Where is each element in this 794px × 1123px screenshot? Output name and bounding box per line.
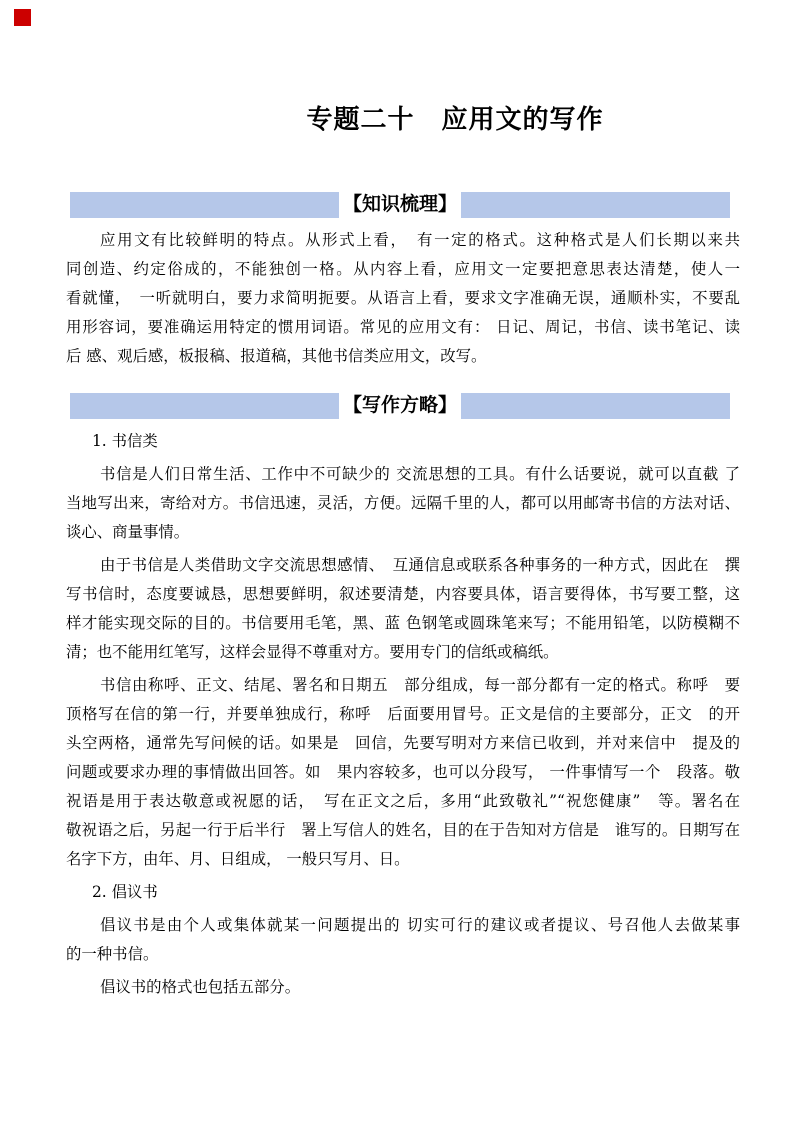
strategy-paragraphs: 1. 书信类书信是人们日常生活、工作中不可缺少的 交流思想的工具。有什么话要说，…	[66, 423, 740, 1002]
section-header-strategy: 【写作方略】	[339, 393, 461, 419]
text-line: 后 感、观后感，板报稿、报道稿，其他书信类应用文，改写。	[66, 342, 740, 371]
text-line: 书信是人们日常生活、工作中不可缺少的 交流思想的工具。有什么话要说，就可以直截 …	[66, 460, 740, 489]
text-line: 书信由称呼、正文、结尾、署名和日期五 部分组成，每一部分都有一定的格式。称呼 要	[66, 671, 740, 700]
document-title: 专题二十 应用文的写作	[0, 99, 794, 136]
text-line: 的一种书信。	[66, 940, 740, 969]
text-line: 样才能实现交际的目的。书信要用毛笔，黑、蓝 色钢笔或圆珠笔来写；不能用铅笔，以防…	[66, 609, 740, 638]
knowledge-paragraphs: 应用文有比较鲜明的特点。从形式上看， 有一定的格式。这种格式是人们长期以来共同创…	[66, 222, 740, 371]
text-line: 1. 书信类	[66, 427, 740, 456]
text-line: 用形容词，要准确运用特定的惯用词语。常见的应用文有： 日记、周记，书信、读书笔记…	[66, 313, 740, 342]
text-line: 当地写出来，寄给对方。书信迅速，灵活，方便。远隔千里的人，都可以用邮寄书信的方法…	[66, 489, 740, 518]
text-line: 倡议书的格式也包括五部分。	[66, 973, 740, 1002]
text-line: 名字下方，由年、月、日组成， 一般只写月、日。	[66, 845, 740, 874]
red-square-marker	[14, 9, 31, 26]
text-line: 写书信时，态度要诚恳，思想要鲜明，叙述要清楚，内容要具体，语言要得体，书写要工整…	[66, 580, 740, 609]
text-line: 应用文有比较鲜明的特点。从形式上看， 有一定的格式。这种格式是人们长期以来共	[66, 226, 740, 255]
text-line: 问题或要求办理的事情做出回答。如 果内容较多，也可以分段写， 一件事情写一个 段…	[66, 758, 740, 787]
text-line: 敬祝语之后，另起一行于后半行 署上写信人的姓名，目的在于告知对方信是 谁写的。日…	[66, 816, 740, 845]
text-line: 谈心、商量事情。	[66, 518, 740, 547]
section-bar-knowledge: 【知识梳理】	[70, 192, 730, 218]
text-line: 倡议书是由个人或集体就某一问题提出的 切实可行的建议或者提议、号召他人去做某事	[66, 911, 740, 940]
document-page: 专题二十 应用文的写作 【知识梳理】 应用文有比较鲜明的特点。从形式上看， 有一…	[0, 0, 794, 1123]
text-line: 清；也不能用红笔写，这样会显得不尊重对方。要用专门的信纸或稿纸。	[66, 638, 740, 667]
text-line: 顶格写在信的第一行，并要单独成行，称呼 后面要用冒号。正文是信的主要部分，正文 …	[66, 700, 740, 729]
text-line: 头空两格，通常先写问候的话。如果是 回信，先要写明对方来信已收到，并对来信中 提…	[66, 729, 740, 758]
text-line: 祝语是用于表达敬意或祝愿的话， 写在正文之后，多用“此致敬礼”“祝您健康” 等。…	[66, 787, 740, 816]
text-line: 看就懂， 一听就明白，要力求简明扼要。从语言上看，要求文字准确无误，通顺朴实，不…	[66, 284, 740, 313]
section-header-knowledge: 【知识梳理】	[339, 192, 461, 218]
text-line: 由于书信是人类借助文字交流思想感情、 互通信息或联系各种事务的一种方式，因此在 …	[66, 551, 740, 580]
section-bar-strategy: 【写作方略】	[70, 393, 730, 419]
text-line: 2. 倡议书	[66, 878, 740, 907]
text-line: 同创造、约定俗成的，不能独创一格。从内容上看，应用文一定要把意思表达清楚，使人一	[66, 255, 740, 284]
